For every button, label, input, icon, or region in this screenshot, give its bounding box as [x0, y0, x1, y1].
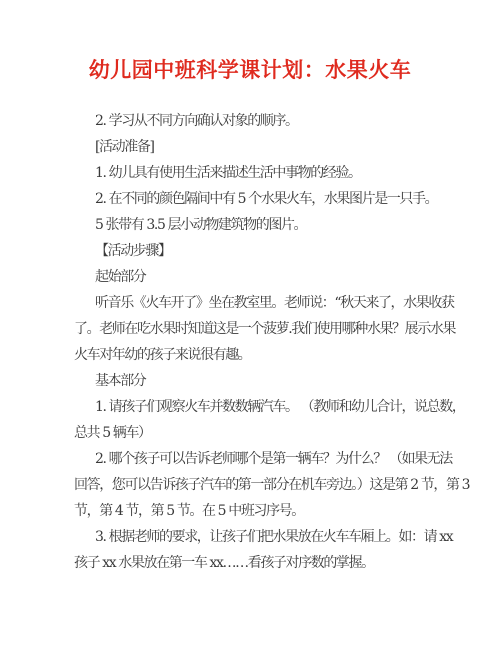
document-page: 幼儿园中班科学课计划：水果火车 2. 学习从不同方向确认对象的顺序。[活动准备]…: [0, 0, 500, 647]
text-line: 火车对年幼的孩子来说很有趣。: [74, 342, 454, 368]
document-body: 2. 学习从不同方向确认对象的顺序。[活动准备]1. 幼儿具有使用生活来描述生活…: [74, 108, 454, 576]
text-line: 孩子 xx 水果放在第一车 xx……看孩子对序数的掌握。: [74, 550, 454, 576]
text-line: 2. 学习从不同方向确认对象的顺序。: [74, 108, 454, 134]
text-line: 回答，您可以告诉孩子汽车的第一部分在机车旁边。）这是第 2 节，第 3: [74, 472, 454, 498]
text-line: 5 张带有 3.5 层小动物建筑物的图片。: [74, 212, 454, 238]
text-line: 听音乐《火车开了》坐在教室里。老师说：“秋天来了，水果收获: [74, 290, 454, 316]
text-line: 1. 请孩子们观察火车并数数辆汽车。 （教师和幼儿合计，说总数，: [74, 394, 454, 420]
text-line: 2. 哪个孩子可以告诉老师哪个是第一辆车？为什么？ （如果无法: [74, 446, 454, 472]
text-line: 总共 5 辆车）: [74, 420, 454, 446]
text-line: [活动准备]: [74, 134, 454, 160]
text-line: 起始部分: [74, 264, 454, 290]
text-line: 节，第 4 节，第 5 节。在 5 中班习序号。: [74, 498, 454, 524]
text-line: 基本部分: [74, 368, 454, 394]
text-line: 了。老师在吃水果时知道这是一个菠萝.我们使用哪种水果？展示水果: [74, 316, 454, 342]
text-line: 2. 在不同的颜色隔间中有 5 个水果火车，水果图片是一只手。: [74, 186, 454, 212]
text-line: 3. 根据老师的要求，让孩子们把水果放在火车车厢上。如：请 xx: [74, 524, 454, 550]
text-line: 【活动步骤】: [74, 238, 454, 264]
document-title: 幼儿园中班科学课计划：水果火车: [10, 55, 490, 85]
text-line: 1. 幼儿具有使用生活来描述生活中事物的经验。: [74, 160, 454, 186]
